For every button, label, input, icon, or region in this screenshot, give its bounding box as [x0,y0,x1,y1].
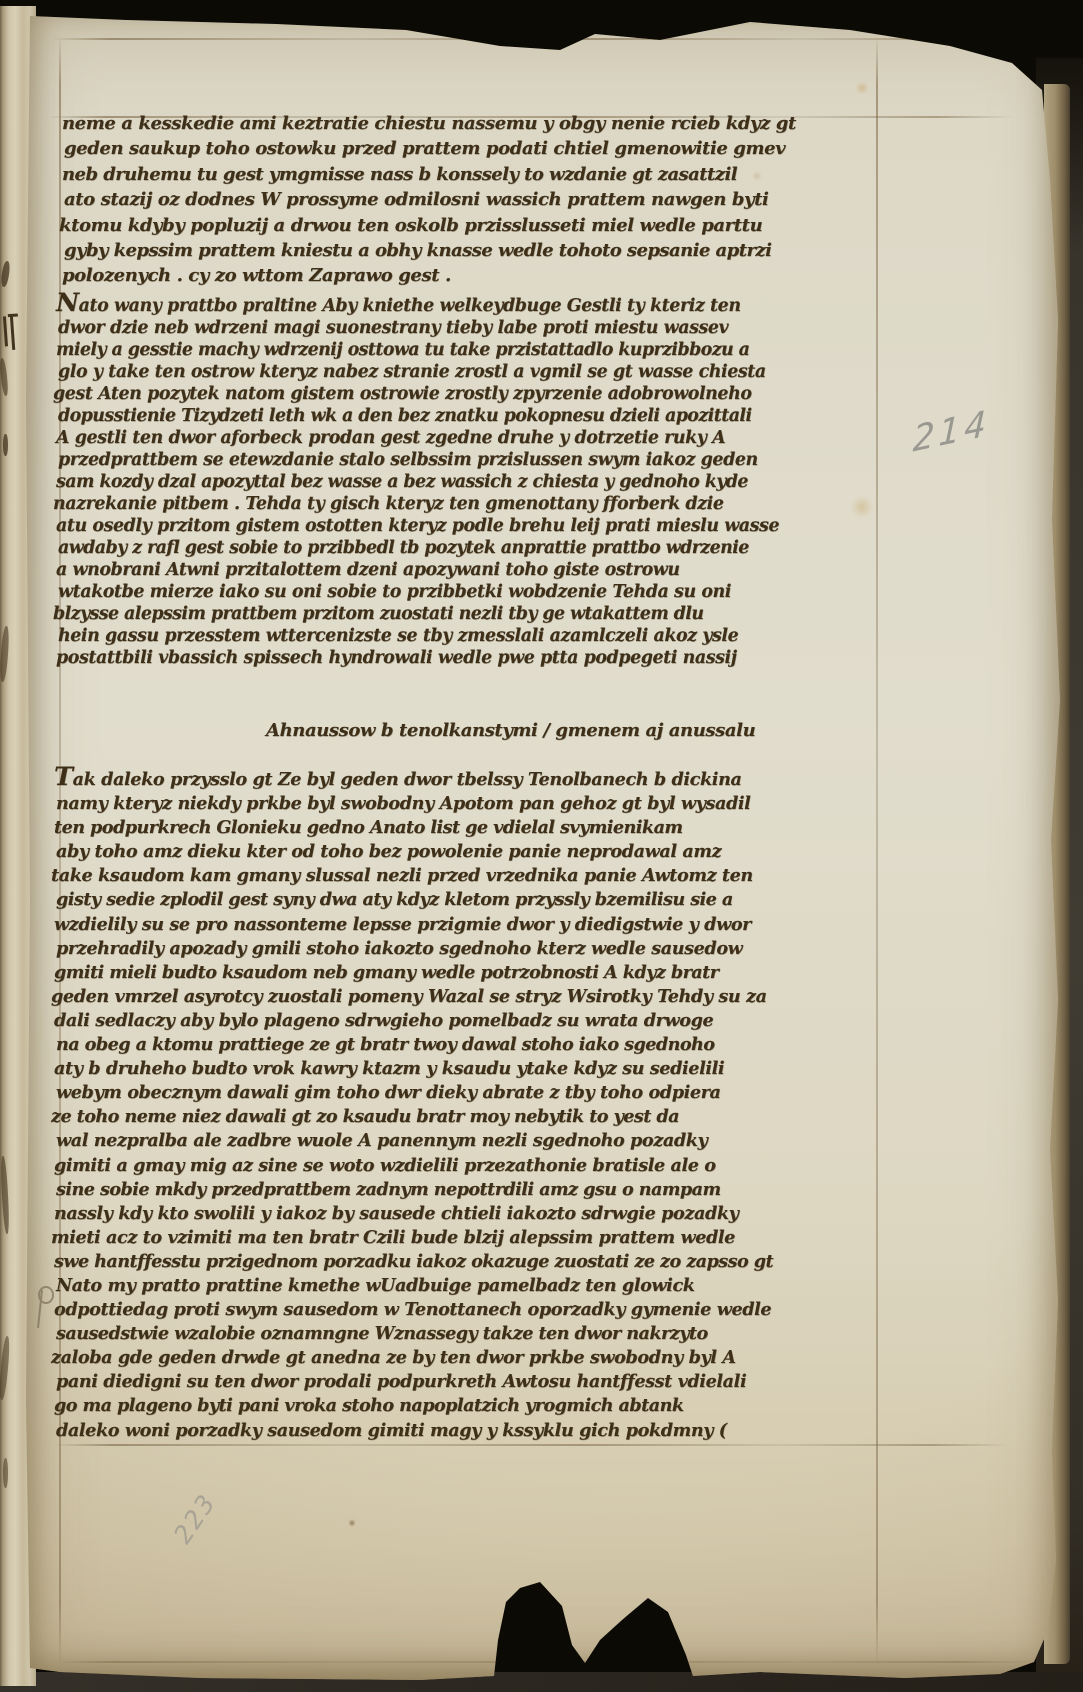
manuscript-text-line: dwor dzie neb wdrzeni magi suonestrany t… [58,317,878,339]
manuscript-text-line: ten podpurkrech Glonieku gedno Anato lis… [54,816,878,840]
section-heading: Ahnaussow b tenolkanstymi / gmenem aj an… [266,720,755,741]
manuscript-text-line: awdaby z rafl gest sobie to przibbedl tb… [58,537,878,559]
manuscript-text-line: nazrekanie pitbem . Tehda ty gisch ktery… [53,493,873,515]
manuscript-page: neme a kesskedie ami keztratie chiestu n… [26,8,1060,1680]
manuscript-text-line: ato stazij oz dodnes W prossyme odmilosn… [64,187,876,212]
manuscript-text-line: neme a kesskedie ami keztratie chiestu n… [62,111,874,136]
manuscript-text-line: sine sobie mkdy przedprattbem zadnym nep… [56,1178,880,1202]
manuscript-text-line: polozenych . cy zo wttom Zaprawo gest . [62,263,874,288]
ruled-line-under-text [54,1444,1008,1446]
margin-pencil-squiggle [36,1284,54,1330]
manuscript-text-line: miely a gesstie machy wdrzenij osttowa t… [56,339,876,361]
manuscript-text-line: a wnobrani Atwni przitalottem dzeni apoz… [56,559,876,581]
manuscript-text-line: webym obecznym dawali gim toho dwr dieky… [56,1081,880,1105]
ink-stroke [10,316,15,350]
manuscript-text-line: przehradily apozady gmili stoho iakozto … [56,937,880,961]
manuscript-text-line: przedprattbem se etewzdanie stalo selbss… [58,449,878,471]
manuscript-text-line: daleko woni porzadky sausedom gimiti mag… [56,1419,880,1443]
manuscript-text-line: wzdielily su se pro nassonteme lepsse pr… [54,913,878,937]
manuscript-text-line: atu osedly przitom gistem ostotten ktery… [56,515,876,537]
ink-stroke [8,313,18,316]
manuscript-text-line: blzysse alepssim prattbem przitom zuosta… [53,603,873,625]
pencil-mark-lower: 223 [168,1488,222,1549]
ink-stroke [3,316,8,346]
ruled-line-bottom [54,1661,1034,1663]
manuscript-text-line: gisty sedie zplodil gest syny dwa aty kd… [56,888,880,912]
manuscript-text-line: take ksaudom kam gmany slussal nezli prz… [51,864,875,888]
gutter-bleed-mark [0,626,10,682]
manuscript-text-line: Nato my pratto prattine kmethe wUadbuige… [56,1274,880,1298]
manuscript-text-line: Nato wany prattbo praltine Aby kniethe w… [56,291,876,317]
gutter-bleed-mark [0,1156,10,1234]
manuscript-text-line: dali sedlaczy aby bylo plageno sdrwgieho… [54,1009,878,1033]
manuscript-text-line: gimiti a gmay mig az sine se woto wzdiel… [54,1154,878,1178]
manuscript-text-line: glo y take ten ostrow kteryz nabez stran… [58,361,878,383]
manuscript-text-line: geden saukup toho ostowku przed prattem … [64,136,876,161]
gutter-bleed-mark [3,434,8,456]
manuscript-text-line: wtakotbe mierze iako su oni sobie to prz… [58,581,878,603]
gutter-bleed-mark [0,358,9,396]
manuscript-text-line: dopusstienie Tizydzeti leth wk a den bez… [58,405,878,427]
folio-number-pencil: 214 [912,403,991,461]
manuscript-text-line: sam kozdy dzal apozyttal bez wasse a bez… [56,471,876,493]
gutter-bleed-mark [3,1458,8,1488]
manuscript-text-line: A gestli ten dwor aforbeck prodan gest z… [56,427,876,449]
manuscript-text-line: mieti acz to vzimiti ma ten bratr Czili … [51,1226,875,1250]
manuscript-text-line: odpottiedag proti swym sausedom w Tenott… [54,1298,878,1322]
manuscript-text-line: postattbili vbassich spissech hyndrowali… [56,647,876,669]
manuscript-text-line: gyby kepssim prattem kniestu a obhy knas… [64,238,876,263]
paragraph-2: Nato wany prattbo praltine Aby kniethe w… [56,291,876,669]
manuscript-text-line: ze toho neme niez dawali gt zo ksaudu br… [51,1105,875,1129]
margin-ink-mark [2,311,21,352]
paragraph-1: neme a kesskedie ami keztratie chiestu n… [62,111,874,289]
manuscript-text-line: go ma plageno byti pani vroka stoho napo… [54,1394,878,1418]
manuscript-text-line: wal nezpralba ale zadbre wuole A panenny… [56,1129,880,1153]
manuscript-text-line: pani diedigni su ten dwor prodali podpur… [56,1370,880,1394]
manuscript-scan: neme a kesskedie ami keztratie chiestu n… [0,0,1083,1692]
manuscript-text-line: sausedstwie wzalobie oznamngne Wznassegy… [56,1322,880,1346]
manuscript-text-line: namy kteryz niekdy prkbe byl swobodny Ap… [56,792,880,816]
ruled-line-top [52,38,1040,40]
manuscript-text-line: hein gassu przesstem wttercenizste se tb… [58,625,878,647]
manuscript-text-line: swe hantffesstu przigednom porzadku iako… [54,1250,878,1274]
manuscript-text-line: zaloba gde geden drwde gt anedna ze by t… [51,1346,875,1370]
manuscript-text-line: aty b druheho budto vrok kawry ktazm y k… [54,1057,878,1081]
gutter-bleed-mark [0,261,11,288]
paragraph-3: Tak daleko przysslo gt Ze byl geden dwor… [54,765,878,1443]
manuscript-text-line: gmiti mieli budto ksaudom neb gmany wedl… [54,961,878,985]
manuscript-text-line: na obeg a ktomu prattiege ze gt bratr tw… [56,1033,880,1057]
manuscript-text-line: gest Aten pozytek natom gistem ostrowie … [53,383,873,405]
manuscript-text-line: aby toho amz dieku kter od toho bez powo… [56,840,880,864]
manuscript-text-line: ktomu kdyby popluzij a drwou ten oskolb … [59,213,871,238]
manuscript-text-line: Tak daleko przysslo gt Ze byl geden dwor… [54,765,878,792]
manuscript-text-line: neb druhemu tu gest ymgmisse nass b kons… [62,162,874,187]
manuscript-text-line: nassly kdy kto swolili y iakoz by saused… [54,1202,878,1226]
gutter-bleed-mark [0,1336,11,1400]
manuscript-text-line: geden vmrzel asyrotcy zuostali pomeny Wa… [51,985,875,1009]
